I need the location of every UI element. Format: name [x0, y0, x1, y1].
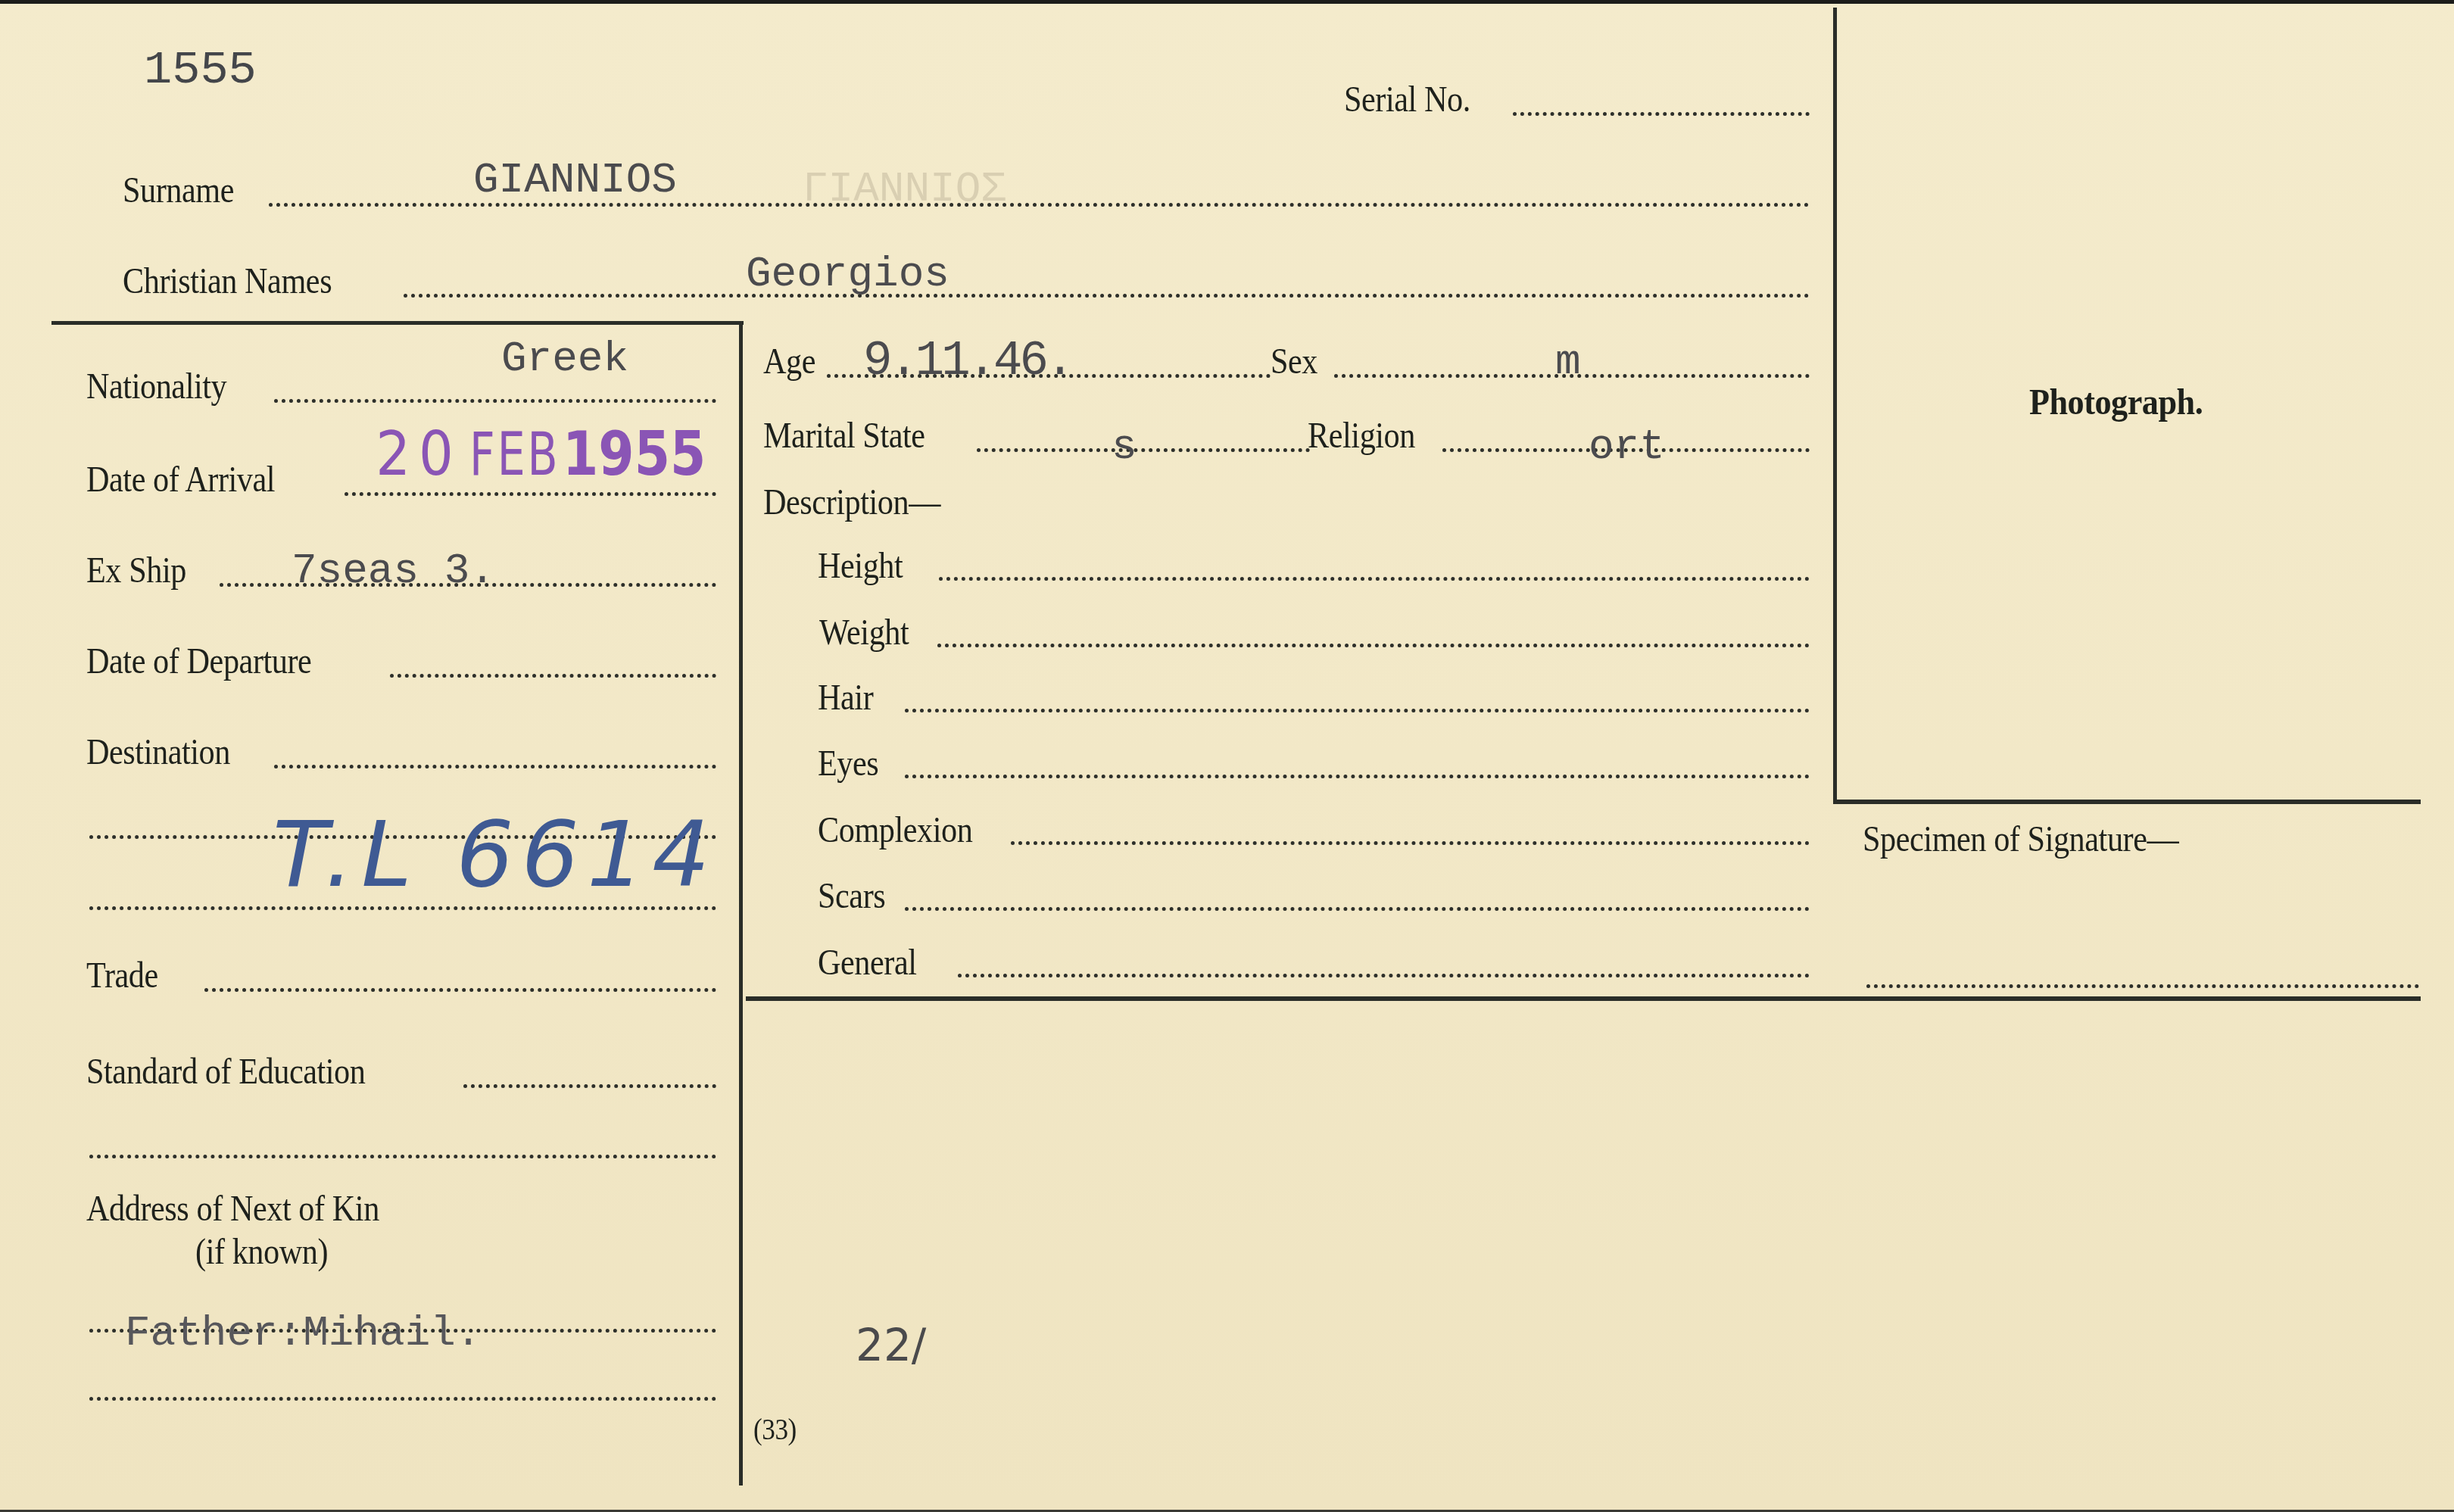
date-of-departure-field[interactable] — [390, 674, 716, 678]
trade-field[interactable] — [204, 988, 716, 992]
age-value: 9.11.46. — [863, 338, 1071, 386]
hair-field[interactable] — [905, 709, 1810, 712]
general-label: General — [818, 945, 917, 981]
signature-label: Specimen of Signature— — [1863, 821, 2178, 858]
christian-names-value: Georgios — [746, 253, 949, 295]
next-of-kin-value: Father:Mihail. — [125, 1312, 481, 1355]
ex-ship-label: Ex Ship — [86, 553, 186, 589]
weight-field[interactable] — [937, 644, 1810, 647]
left-panel-top-rule — [51, 321, 744, 325]
surname-faded-overtype: ΓΙΑΝΝΙΟΣ — [803, 168, 1006, 210]
left-panel-divider — [739, 321, 743, 1486]
general-field[interactable] — [958, 974, 1810, 977]
marital-state-label: Marital State — [763, 418, 925, 454]
stamp-day: 20 — [376, 424, 461, 485]
date-of-arrival-label: Date of Arrival — [86, 462, 275, 498]
description-label: Description— — [763, 485, 940, 521]
christian-names-field[interactable] — [404, 294, 1810, 298]
next-of-kin-field-line-2[interactable] — [89, 1397, 716, 1401]
card-number: 1555 — [144, 47, 257, 94]
trade-label: Trade — [86, 958, 158, 994]
hair-label: Hair — [818, 680, 873, 716]
height-label: Height — [818, 548, 903, 585]
form-number: (33) — [753, 1414, 797, 1445]
religion-label: Religion — [1308, 418, 1415, 454]
eyes-field[interactable] — [905, 775, 1810, 778]
christian-names-label: Christian Names — [123, 263, 332, 300]
education-label: Standard of Education — [86, 1054, 365, 1090]
destination-handwritten-note: T.L 6614 — [273, 810, 718, 901]
education-field-line-2[interactable] — [89, 1155, 716, 1158]
middle-panel-bottom-rule — [746, 996, 2421, 1001]
card-top-edge — [0, 0, 2454, 4]
handwritten-annotation: 22/ — [856, 1323, 926, 1367]
complexion-field[interactable] — [1011, 841, 1810, 845]
education-field[interactable] — [463, 1084, 716, 1088]
destination-label: Destination — [86, 734, 230, 771]
weight-label: Weight — [819, 615, 909, 651]
complexion-label: Complexion — [818, 812, 972, 849]
marital-state-field[interactable] — [977, 448, 1310, 452]
destination-field[interactable] — [274, 765, 716, 768]
nationality-field[interactable] — [274, 399, 716, 403]
ex-ship-value: 7seas 3. — [292, 550, 495, 592]
serial-no-field[interactable] — [1513, 112, 1810, 116]
nationality-value: Greek — [501, 338, 628, 380]
surname-value: GIANNIOS — [473, 159, 677, 201]
religion-value: ort — [1589, 426, 1665, 468]
scars-field[interactable] — [905, 907, 1810, 911]
signature-field[interactable] — [1866, 984, 2419, 988]
stamp-month: FEB — [469, 426, 560, 485]
stamp-year: 1955 — [563, 424, 706, 485]
next-of-kin-sublabel: (if known) — [195, 1234, 328, 1270]
age-label: Age — [763, 344, 815, 380]
marital-state-value: s — [1112, 426, 1137, 468]
eyes-label: Eyes — [818, 746, 878, 782]
serial-no-label: Serial No. — [1344, 82, 1470, 118]
date-of-departure-label: Date of Departure — [86, 644, 311, 680]
next-of-kin-label: Address of Next of Kin — [86, 1191, 379, 1227]
surname-label: Surname — [123, 173, 234, 209]
date-of-arrival-field[interactable] — [345, 492, 716, 496]
scars-label: Scars — [818, 878, 885, 915]
date-of-arrival-stamp: 20 FEB 1955 — [371, 424, 731, 485]
nationality-label: Nationality — [86, 369, 226, 405]
height-field[interactable] — [939, 577, 1810, 581]
sex-value: m — [1555, 341, 1581, 383]
photograph-box — [1837, 8, 2420, 800]
photo-box-bottom-rule — [1833, 800, 2421, 804]
sex-label: Sex — [1271, 344, 1317, 380]
registration-card: 1555 Serial No. Surname GIANNIOS ΓΙΑΝΝΙΟ… — [0, 0, 2454, 1512]
